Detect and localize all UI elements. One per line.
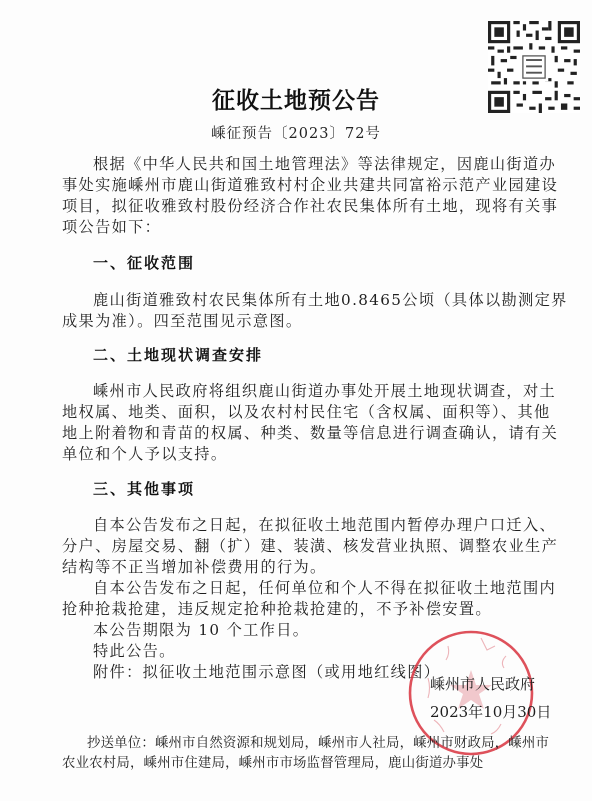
cc-line: 抄送单位：嵊州市自然资源和规划局，嵊州市人社局，嵊州市财政局，嵊州市: [87, 732, 549, 751]
intro-line: 根据《中华人民共和国土地管理法》等法律规定，因鹿山街道办: [93, 153, 556, 174]
section-heading-survey: 二、土地现状调查安排: [93, 344, 263, 365]
section-line: 特此公告。: [93, 640, 176, 661]
section-line: 自本公告发布之日起，任何单位和个人不得在拟征收土地范围内: [93, 577, 556, 598]
section-line: 结构等不正当增加补偿费用的行为。: [62, 556, 327, 577]
document-number: 嵊征预告〔2023〕72号: [0, 122, 592, 143]
section-line: 成果为准）。四至范围见示意图。: [62, 310, 302, 331]
section-heading-scope: 一、征收范围: [93, 252, 195, 273]
section-line: 地上附着物和青苗的权属、种类、数量等信息进行调查确认，请有关: [62, 422, 558, 443]
section-line: 嵊州市人民政府将组织鹿山街道办事处开展土地现状调查，对土: [93, 380, 556, 401]
section-line: 单位和个人予以支持。: [62, 443, 227, 464]
section-line: 鹿山街道雅致村农民集体所有土地0.8465公顷（具体以勘测定界: [93, 289, 568, 310]
attachment-line: 附件：拟征收土地范围示意图（或用地红线图）: [93, 661, 440, 682]
issue-date: 2023年10月30日: [430, 701, 551, 722]
section-line: 地权属、地类、面积，以及农村村民住宅（含权属、面积等）、其他: [62, 401, 551, 422]
issuer-name: 嵊州市人民政府: [430, 673, 535, 694]
document-page: 征收土地预公告 嵊征预告〔2023〕72号 根据《中华人民共和国土地管理法》等法…: [0, 0, 592, 801]
intro-line: 项公告如下：: [62, 216, 161, 237]
cc-line: 农业农村局，嵊州市住建局，嵊州市市场监督管理局，鹿山街道办事处: [62, 752, 483, 771]
section-line: 分户、房屋交易、翻（扩）建、装潢、核发营业执照、调整农业生产: [62, 535, 558, 556]
page-title: 征收土地预公告: [0, 82, 592, 115]
section-line: 本公告期限为 10 个工作日。: [93, 619, 309, 640]
intro-line: 事处实施嵊州市鹿山街道雅致村村企业共建共同富裕示范产业园建设: [62, 174, 558, 195]
section-line: 自本公告发布之日起，在拟征收土地范围内暂停办理户口迁入、: [93, 514, 556, 535]
section-heading-other: 三、其他事项: [93, 478, 195, 499]
intro-line: 项目，拟征收雅致村股份经济合作社农民集体所有土地，现将有关事: [62, 195, 558, 216]
section-line: 抢种抢栽抢建，违反规定抢种抢栽抢建的，不予补偿安置。: [62, 598, 492, 619]
